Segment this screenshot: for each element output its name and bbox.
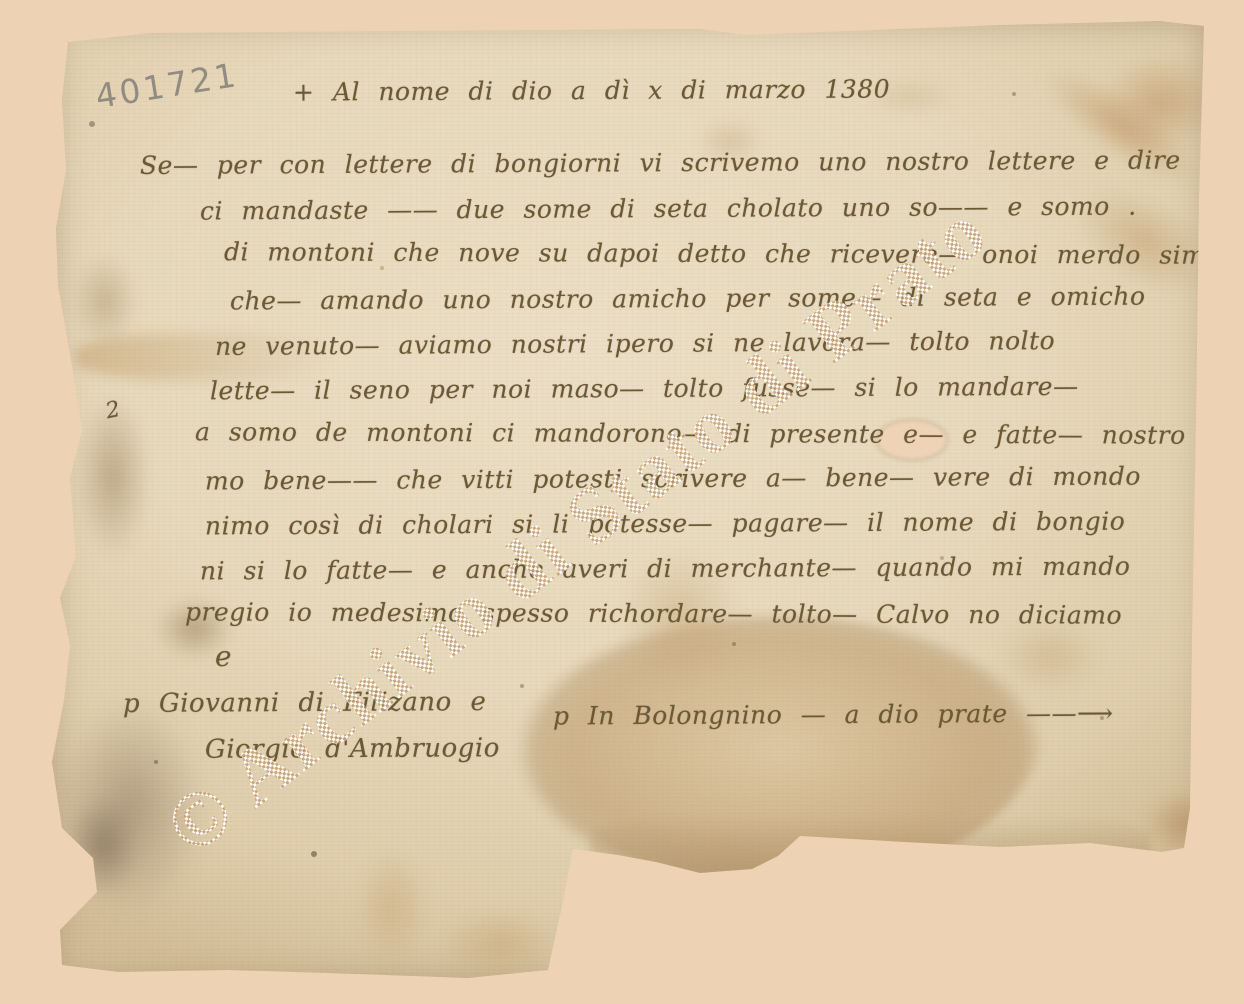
handwritten-line: a somo de montoni ci mandorono— di prese…	[195, 417, 1186, 449]
handwritten-line: ni si lo fatte— e anche averi di merchan…	[200, 552, 1131, 586]
signature-line: p Giovanni di Filizano e	[123, 687, 487, 719]
handwritten-line: pregio io medesimo spesso richordare— to…	[185, 597, 1122, 629]
handwritten-line: mo bene—— che vitti potesti scrivere a— …	[205, 462, 1141, 496]
signature-line: Giorgio d'Ambruogio	[205, 733, 500, 765]
scanned-manuscript-photo: 401721 + Al nome di dio a dì x di marzo …	[0, 0, 1244, 1004]
handwritten-line: nimo così di cholari si li potesse— paga…	[205, 507, 1125, 541]
line-end-flourish: e	[215, 640, 232, 673]
handwritten-line: lette— il seno per noi maso— tolto fusse…	[210, 372, 1079, 406]
date-line: + Al nome di dio a dì x di marzo 1380	[293, 74, 890, 106]
handwritten-line: ci mandaste —— due some di seta cholato …	[200, 192, 1137, 226]
foxing-speckles	[50, 16, 54, 20]
handwritten-line: di montoni che nove su dapoi detto che r…	[224, 237, 1214, 269]
manuscript-paper: 401721 + Al nome di dio a dì x di marzo …	[50, 16, 1210, 986]
handwritten-line: Se— per con lettere di bongiorni vi scri…	[140, 145, 1244, 180]
handwritten-line: che— amando uno nostro amicho per some— …	[230, 282, 1146, 316]
address-notation: p In Bolongnino — a dio prate ——⟶	[553, 699, 1114, 731]
handwritten-line: ne venuto— aviamo nostri ipero si ne lav…	[215, 326, 1055, 361]
